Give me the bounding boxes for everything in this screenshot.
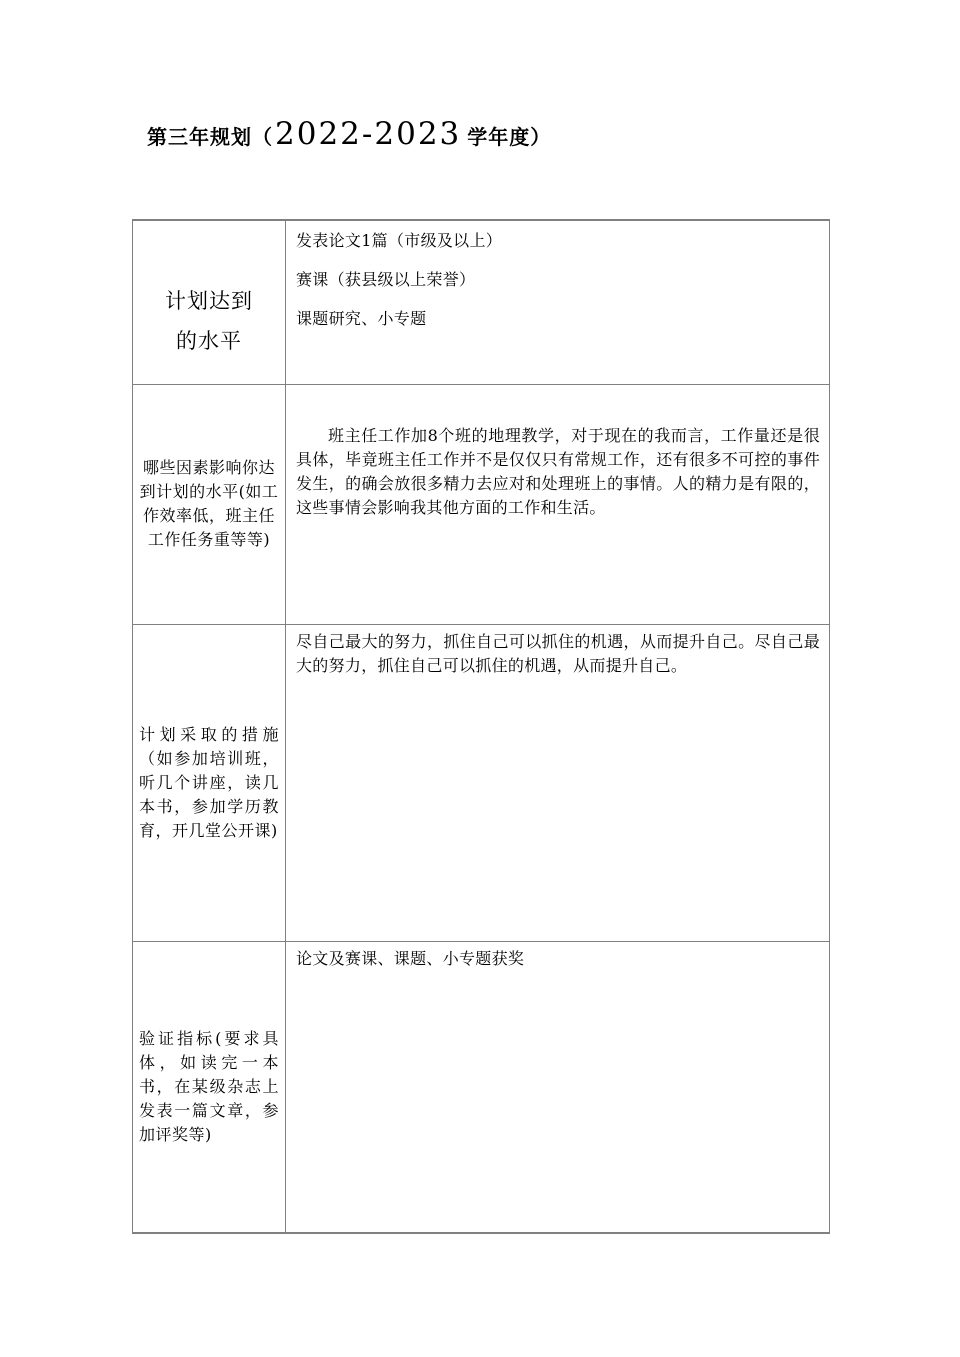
table-row-target-level: 计划达到 的水平 发表论文1篇（市级及以上） 赛课（获县级以上荣誉） 课题研究、… bbox=[133, 220, 830, 384]
row-content-influencing-factors: 班主任工作加8个班的地理教学，对于现在的我而言，工作量还是很具体，毕竟班主任工作… bbox=[286, 384, 830, 624]
document-page: 第三年规划（ 2022-2023 学年度） 计划达到 的水平 发表论文1篇（市级… bbox=[0, 0, 960, 1357]
table-row-planned-measures: 计划采取的措施（如参加培训班，听几个讲座，读几本书，参加学历教育，开几堂公开课)… bbox=[133, 624, 830, 941]
content-paragraph: 论文及赛课、课题、小专题获奖 bbox=[296, 947, 820, 971]
page-title: 第三年规划（ 2022-2023 学年度） bbox=[147, 116, 551, 152]
row-label-line: 计划达到 bbox=[139, 281, 279, 321]
row-content-target-level: 发表论文1篇（市级及以上） 赛课（获县级以上荣誉） 课题研究、小专题 bbox=[286, 220, 830, 384]
title-prefix: 第三年规划（ bbox=[147, 121, 273, 150]
row-label-line: 的水平 bbox=[139, 321, 279, 361]
table-row-verification-metrics: 验证指标(要求具体，如读完一本书，在某级杂志上发表一篇文章，参加评奖等) 论文及… bbox=[133, 941, 830, 1233]
title-years: 2022-2023 bbox=[275, 116, 461, 152]
row-label-target-level: 计划达到 的水平 bbox=[133, 220, 286, 384]
content-item: 课题研究、小专题 bbox=[296, 307, 820, 331]
row-label-influencing-factors: 哪些因素影响你达到计划的水平(如工作效率低，班主任工作任务重等等) bbox=[133, 384, 286, 624]
content-item: 赛课（获县级以上荣誉） bbox=[296, 268, 820, 292]
row-label-verification-metrics: 验证指标(要求具体，如读完一本书，在某级杂志上发表一篇文章，参加评奖等) bbox=[133, 941, 286, 1233]
row-label-planned-measures: 计划采取的措施（如参加培训班，听几个讲座，读几本书，参加学历教育，开几堂公开课) bbox=[133, 624, 286, 941]
plan-table: 计划达到 的水平 发表论文1篇（市级及以上） 赛课（获县级以上荣誉） 课题研究、… bbox=[132, 219, 830, 1234]
content-item: 发表论文1篇（市级及以上） bbox=[296, 229, 820, 253]
row-content-verification-metrics: 论文及赛课、课题、小专题获奖 bbox=[286, 941, 830, 1233]
table-row-influencing-factors: 哪些因素影响你达到计划的水平(如工作效率低，班主任工作任务重等等) 班主任工作加… bbox=[133, 384, 830, 624]
content-paragraph: 尽自己最大的努力，抓住自己可以抓住的机遇，从而提升自己。尽自己最大的努力，抓住自… bbox=[296, 630, 820, 678]
row-content-planned-measures: 尽自己最大的努力，抓住自己可以抓住的机遇，从而提升自己。尽自己最大的努力，抓住自… bbox=[286, 624, 830, 941]
title-suffix: 学年度） bbox=[467, 121, 551, 150]
content-paragraph: 班主任工作加8个班的地理教学，对于现在的我而言，工作量还是很具体，毕竟班主任工作… bbox=[296, 424, 820, 520]
